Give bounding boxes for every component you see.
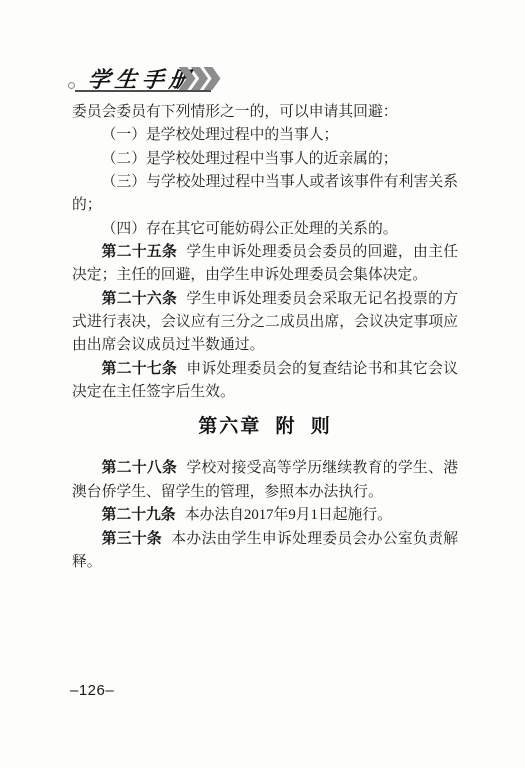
page-body: 委员会委员有下列情形之一的，可以申请其回避：（一）是学校处理过程中的当事人；（二… xyxy=(72,101,458,574)
article-term: 第二十六条 xyxy=(102,291,178,307)
paragraph: 第二十七条申诉处理委员会的复查结论书和其它会议决定在主任签字后生效。 xyxy=(72,358,458,405)
paragraph: 第三十条本办法由学生申诉处理委员会办公室负责解释。 xyxy=(72,528,458,575)
paragraph-text: （四）存在其它可能妨碍公正处理的关系的。 xyxy=(102,221,398,237)
paragraph-text: （二）是学校处理过程中当事人的近亲属的； xyxy=(102,151,398,167)
circle-outline-icon xyxy=(68,82,75,89)
page-number: –126– xyxy=(70,682,114,699)
paragraph: （二）是学校处理过程中当事人的近亲属的； xyxy=(72,148,458,171)
triple-chevron-right-icon xyxy=(183,67,221,90)
paragraph: 委员会委员有下列情形之一的，可以申请其回避： xyxy=(72,101,458,124)
paragraph: （三）与学校处理过程中当事人或者该事件有利害关系的； xyxy=(72,171,458,218)
paragraph-text: 本办法自2017年9月1日起施行。 xyxy=(185,507,392,523)
paragraph-text: （三）与学校处理过程中当事人或者该事件有利害关系的； xyxy=(72,174,458,213)
article-term: 第三十条 xyxy=(102,531,162,547)
chapter-heading: 第六章 附 则 xyxy=(72,413,458,440)
handbook-page: 学生手册 委员会委员有下列情形之一的，可以申请其回避：（一）是学校处理过程中的当… xyxy=(0,0,525,768)
paragraph: 第二十五条学生申诉处理委员会委员的回避，由主任决定；主任的回避，由学生申诉处理委… xyxy=(72,241,458,288)
paragraph-text: 委员会委员有下列情形之一的，可以申请其回避： xyxy=(72,104,398,120)
paragraph-text: （一）是学校处理过程中的当事人； xyxy=(102,127,339,143)
paragraph: 第二十九条本办法自2017年9月1日起施行。 xyxy=(72,504,458,527)
article-term: 第二十八条 xyxy=(102,460,178,476)
article-term: 第二十九条 xyxy=(102,507,176,523)
article-term: 第二十五条 xyxy=(102,244,178,260)
page-header: 学生手册 xyxy=(0,0,525,100)
section-before-heading: 委员会委员有下列情形之一的，可以申请其回避：（一）是学校处理过程中的当事人；（二… xyxy=(72,101,458,404)
paragraph: （一）是学校处理过程中的当事人； xyxy=(72,124,458,147)
paragraph: 第二十八条学校对接受高等学历继续教育的学生、港澳台侨学生、留学生的管理，参照本办… xyxy=(72,457,458,504)
article-term: 第二十七条 xyxy=(102,361,178,377)
paragraph: （四）存在其它可能妨碍公正处理的关系的。 xyxy=(72,218,458,241)
paragraph: 第二十六条学生申诉处理委员会采取无记名投票的方式进行表决，会议应有三分之二成员出… xyxy=(72,288,458,358)
section-after-heading: 第二十八条学校对接受高等学历继续教育的学生、港澳台侨学生、留学生的管理，参照本办… xyxy=(72,457,458,574)
